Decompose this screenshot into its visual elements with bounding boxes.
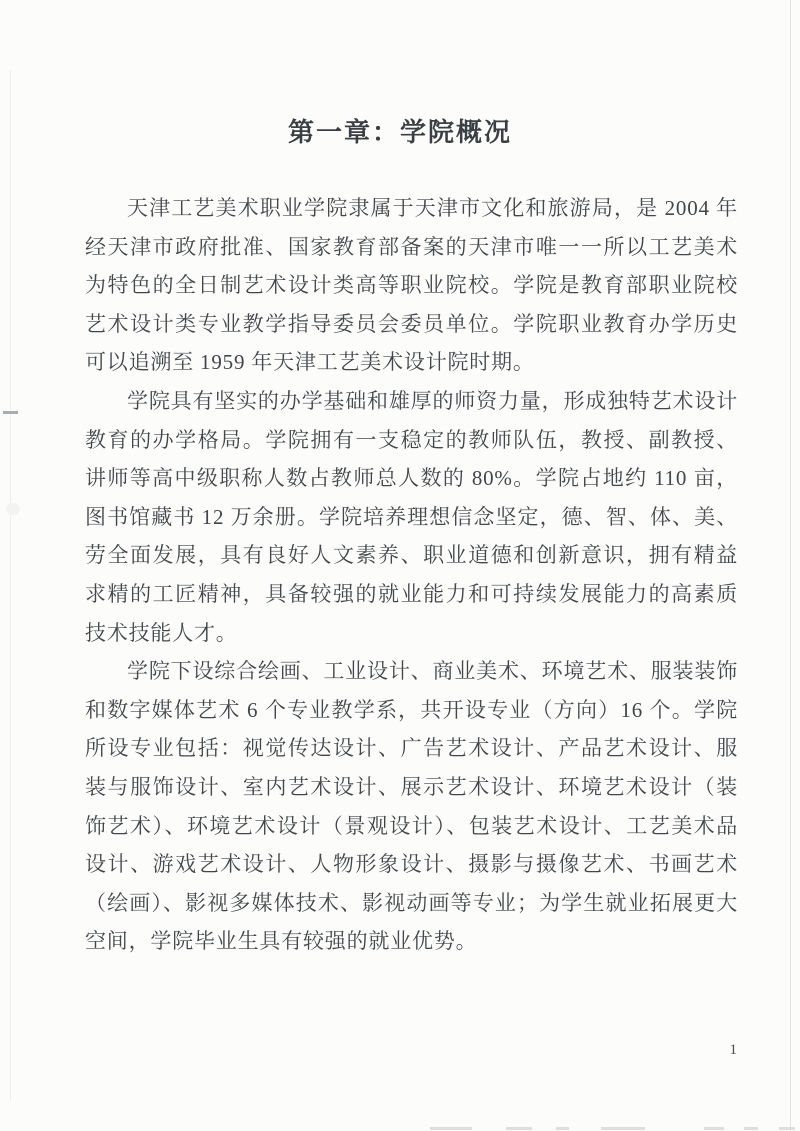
scan-dash [556, 1127, 569, 1130]
scan-dash [506, 1127, 532, 1130]
document-body: 天津工艺美术职业学院隶属于天津市文化和旅游局，是 2004 年经天津市政府批准、… [85, 189, 738, 961]
paragraph-college-affiliation: 天津工艺美术职业学院隶属于天津市文化和旅游局，是 2004 年经天津市政府批准、… [85, 189, 738, 382]
scan-dash [601, 1127, 645, 1130]
scan-artifact-left-edge-line [10, 70, 11, 1101]
scan-dash [779, 1127, 795, 1130]
scanned-document-page: 第一章：学院概况 天津工艺美术职业学院隶属于天津市文化和旅游局，是 2004 年… [0, 0, 800, 1131]
chapter-title: 第一章：学院概况 [0, 112, 800, 149]
scan-artifact-bottom-dashes [0, 1126, 800, 1130]
scan-dash [744, 1127, 758, 1130]
scan-artifact-right-edge-line [790, 0, 791, 1131]
scan-dash [704, 1127, 724, 1130]
paragraph-departments-and-majors: 学院下设综合绘画、工业设计、商业美术、环境艺术、服装装饰和数字媒体艺术 6 个专… [85, 652, 738, 961]
scan-dash [430, 1127, 472, 1130]
scan-artifact-left-smudge [6, 503, 20, 515]
paragraph-faculty-and-campus: 学院具有坚实的办学基础和雄厚的师资力量，形成独特艺术设计教育的办学格局。学院拥有… [85, 382, 738, 652]
page-number: 1 [730, 1042, 738, 1059]
scan-artifact-left-tick [3, 411, 18, 414]
